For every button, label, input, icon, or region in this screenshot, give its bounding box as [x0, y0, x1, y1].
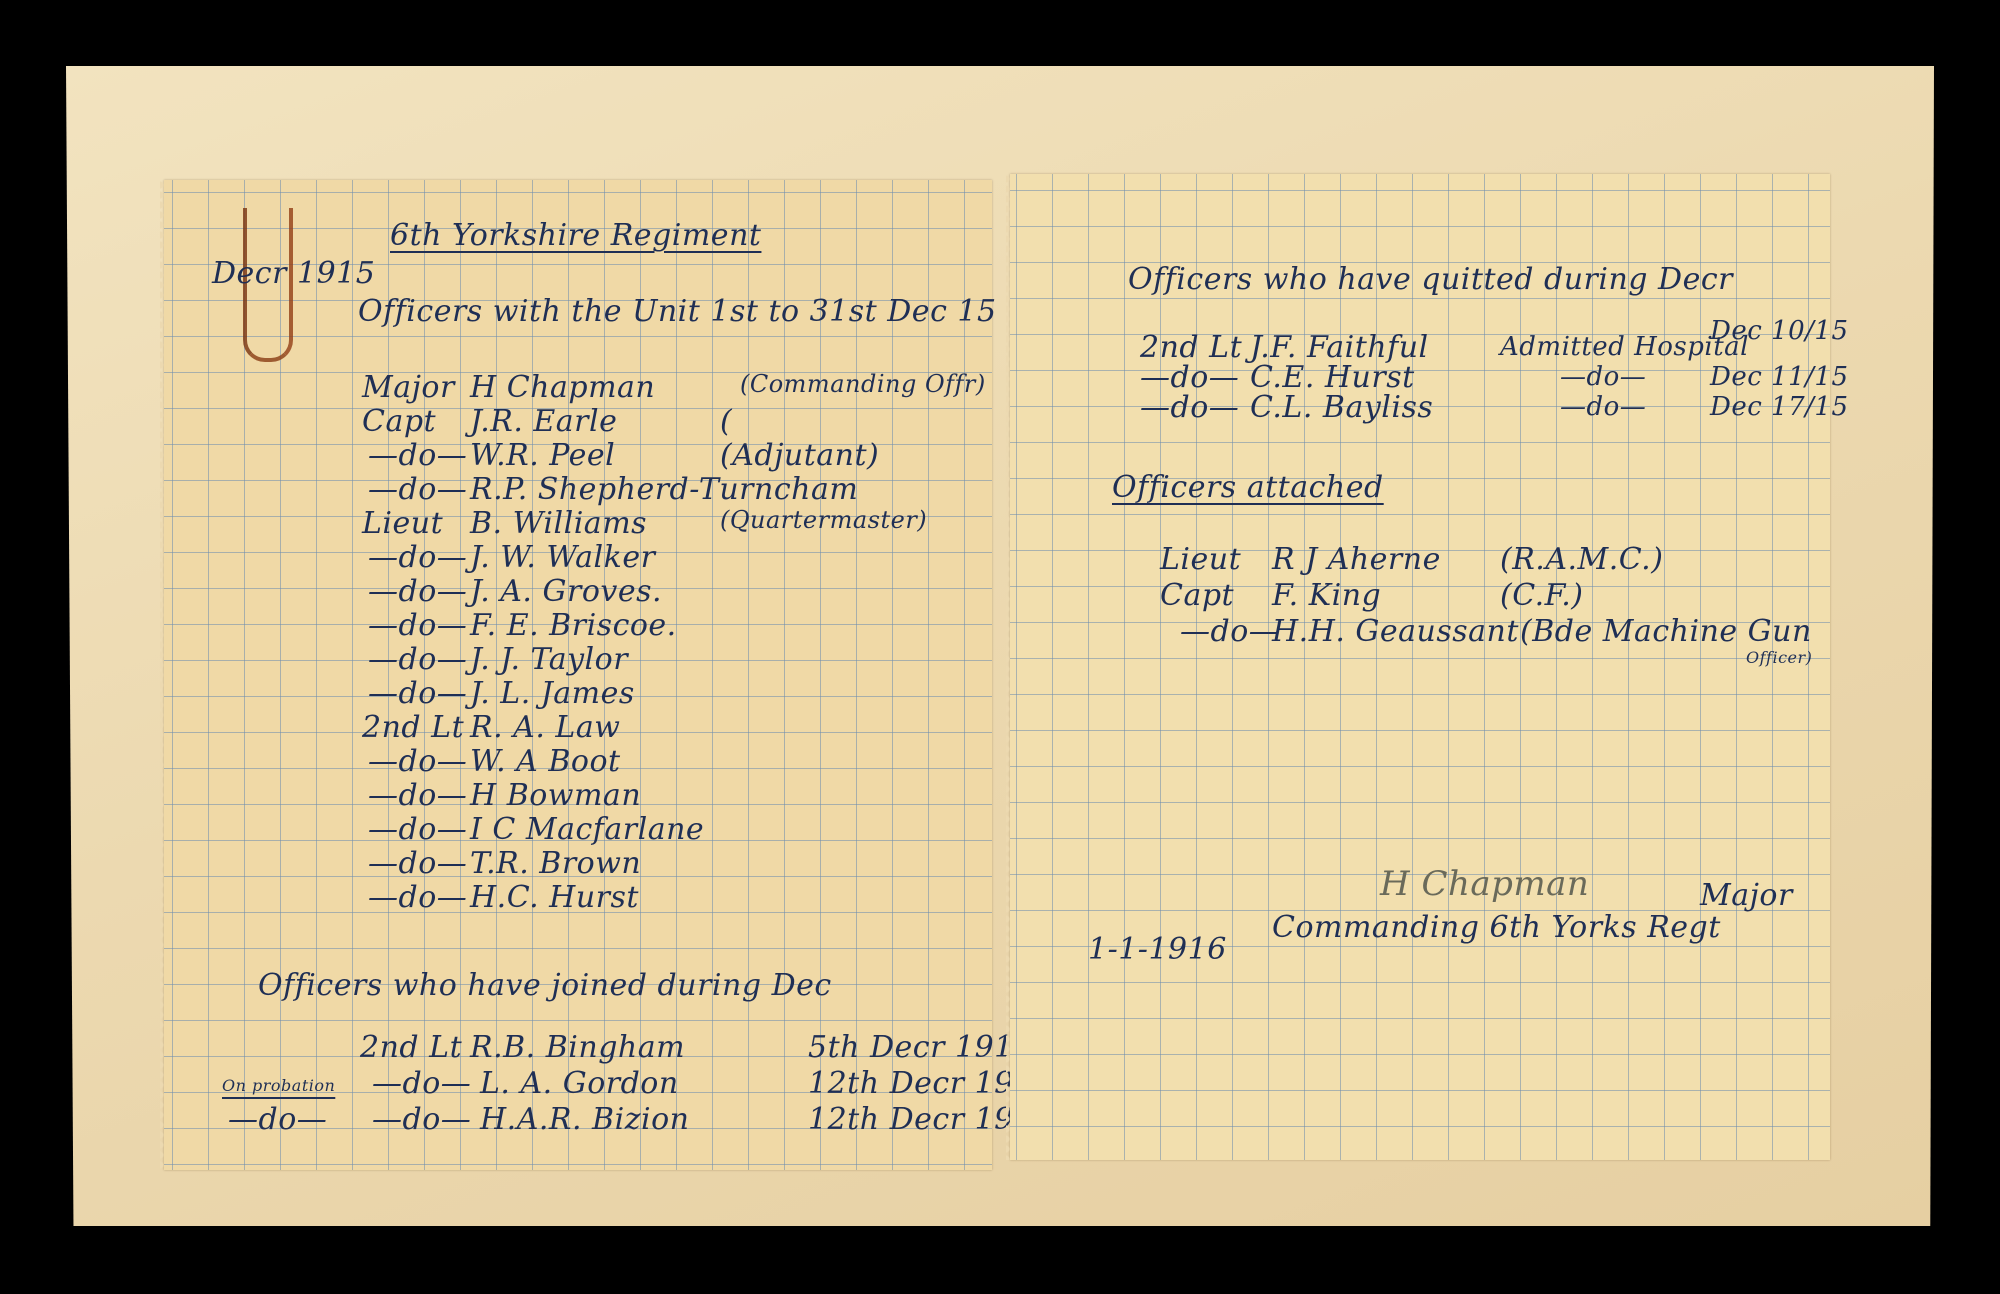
officer-rank: Lieut — [1160, 542, 1241, 577]
officer-rank: 2nd Lt — [362, 710, 464, 745]
officer-name: J. J. Taylor — [470, 642, 628, 677]
officer-quit-date: Dec 11/15 — [1710, 362, 1849, 392]
officer-name: R.P. Shepherd-Turncham — [470, 472, 858, 507]
officer-rank: Capt — [1160, 578, 1234, 613]
signature: H Chapman — [1380, 864, 1589, 904]
officer-note: (Bde Machine Gun — [1520, 614, 1812, 649]
officer-name: H.H. Geaussant — [1272, 614, 1519, 649]
officer-name: J.R. Earle — [470, 404, 617, 439]
section-title-joined: Officers who have joined during Dec — [258, 968, 832, 1003]
officer-rank: —do— — [372, 1066, 471, 1101]
officer-join-date: 5th Decr 1915 — [808, 1030, 1033, 1065]
signature-title: Commanding 6th Yorks Regt — [1272, 910, 1721, 945]
officer-name: R J Aherne — [1272, 542, 1441, 577]
officer-name: R.B. Bingham — [470, 1030, 685, 1065]
officer-rank: —do— — [368, 608, 467, 643]
officer-name: C.L. Bayliss — [1250, 390, 1433, 425]
officer-rank: —do— — [368, 744, 467, 779]
signature-rank: Major — [1700, 878, 1793, 913]
officer-name: J. L. James — [470, 676, 635, 711]
officer-name: H Chapman — [470, 370, 655, 405]
officer-quit-date: Dec 17/15 — [1710, 392, 1849, 422]
officer-name: R. A. Law — [470, 710, 620, 745]
officer-rank: Lieut — [362, 506, 443, 541]
officer-rank: —do— — [368, 642, 467, 677]
officer-note: (Adjutant) — [720, 438, 879, 473]
document-date: Decr 1915 — [212, 256, 375, 291]
officer-quit-reason: —do— — [1560, 362, 1646, 392]
officer-note: (Commanding Offr) — [740, 370, 986, 398]
signature-date: 1-1-1916 — [1088, 932, 1227, 967]
officer-note: (Quartermaster) — [720, 506, 927, 534]
officer-rank: —do— — [372, 1102, 471, 1137]
officer-name: F. King — [1272, 578, 1381, 613]
right-graph-page — [1010, 174, 1830, 1160]
officer-note: (R.A.M.C.) — [1500, 542, 1663, 577]
regiment-heading: 6th Yorkshire Regiment — [390, 218, 761, 253]
officer-name: F. E. Briscoe. — [470, 608, 677, 643]
officer-rank: Major — [362, 370, 455, 405]
officer-rank: —do— — [1140, 390, 1239, 425]
officer-name: J. A. Groves. — [470, 574, 662, 609]
officer-rank: Capt — [362, 404, 436, 439]
officer-note: ( — [720, 404, 732, 439]
section-title-quitted: Officers who have quitted during Decr — [1128, 262, 1733, 297]
officer-name: T.R. Brown — [470, 846, 641, 881]
officer-prefix: —do— — [228, 1102, 327, 1137]
officer-rank: —do— — [368, 846, 467, 881]
section-title-with-unit: Officers with the Unit 1st to 31st Dec 1… — [358, 294, 997, 329]
officer-quit-reason: —do— — [1560, 392, 1646, 422]
officer-rank: —do— — [368, 540, 467, 575]
officer-rank: —do— — [368, 438, 467, 473]
section-title-attached: Officers attached — [1112, 470, 1384, 505]
officer-name: H.A.R. Bizion — [480, 1102, 689, 1137]
officer-name: B. Williams — [470, 506, 647, 541]
officer-rank: —do— — [368, 778, 467, 813]
officer-rank: 2nd Lt — [360, 1030, 462, 1065]
officer-rank: —do— — [368, 472, 467, 507]
officer-name: I C Macfarlane — [470, 812, 704, 847]
officer-prefix: On probation — [222, 1076, 335, 1095]
officer-name: W.R. Peel — [470, 438, 615, 473]
officer-name: H.C. Hurst — [470, 880, 639, 915]
officer-quit-date: Dec 10/15 — [1710, 316, 1849, 346]
officer-note-continued: Officer) — [1746, 648, 1812, 667]
officer-rank: —do— — [1180, 614, 1279, 649]
officer-name: W. A Boot — [470, 744, 621, 779]
officer-name: L. A. Gordon — [480, 1066, 679, 1101]
officer-name: H Bowman — [470, 778, 641, 813]
officer-rank: —do— — [368, 880, 467, 915]
officer-rank: —do— — [368, 574, 467, 609]
officer-rank: —do— — [368, 812, 467, 847]
officer-note: (C.F.) — [1500, 578, 1584, 613]
officer-name: J. W. Walker — [470, 540, 655, 575]
officer-rank: —do— — [368, 676, 467, 711]
